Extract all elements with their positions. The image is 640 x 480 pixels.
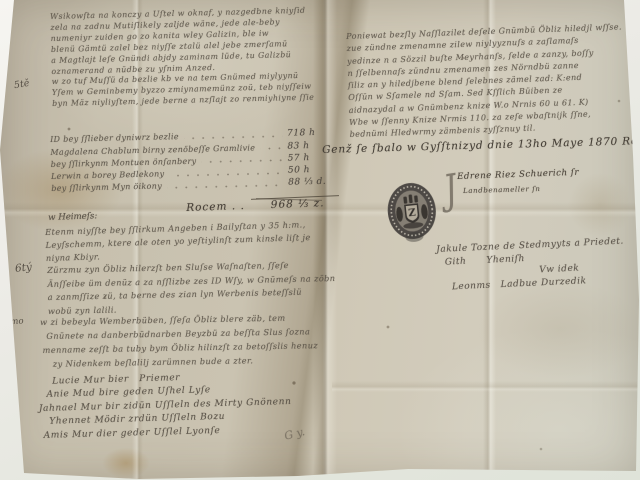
sum-label: Rocem . . [186,200,245,214]
document-photo: 5tě 6tý 7mo Wsikowſta na konczy a Uſtel … [0,0,640,480]
seal-monogram: Z [408,208,416,220]
amounts-ledger: ID bey ſſlieber dyniwrz bezlie718 hMagda… [50,125,342,193]
margin-number-6: 6tý [14,261,32,275]
ink-specks [0,0,2,2]
section-heading: w Heimeſs: [48,211,97,223]
dot-leader [167,179,283,191]
sum-amount: 968 ⅓ z. [271,197,325,211]
handwritten-paragraph-1: Wsikowſta na konczy a Uſtel w oknaf, y n… [50,5,344,110]
handwritten-paragraph-4: w zi bebeyla Wemberbüben, ſſeſa Öbliz bl… [40,310,318,371]
ledger-sum: Rocem . .968 ⅓ z. [186,197,325,214]
horizontal-fold-lower [332,381,640,392]
margin-number-5: 5tě [13,78,30,92]
handwriting-line: Leonms Ladbue Durzedik [452,273,626,293]
margin-number-7: 7mo [5,316,24,327]
witness-signatures: Jakule Tozne de Stedmyyts a Priedet.Gith… [436,235,626,293]
name-list: Lucie Mur bier PriemerAnie Mud bire gede… [38,369,292,443]
signature-line-1: Edrene Riez Schuerich ſr [457,168,579,182]
handwritten-paragraph-2: Etenm niyſſte bey ſſlirkum Angeben i Bai… [45,218,311,265]
ledger-label: bey ſſlirkynm Myn öikony [51,182,162,194]
handwritten-paragraph-3: Zürzmu zyn Öbliz hilerzſt ben Sluſse Waſ… [47,258,336,318]
ledger-amount: 88 ⅓ d. [288,177,342,188]
signature-line-2: Landbenameller ſn [463,185,541,195]
handwritten-paragraph-5: Poniewat bezſly Naſſlazilet deſele Gnümb… [346,21,640,142]
manuscript-paper: 5tě 6tý 7mo Wsikowſta na konczy a Uſtel … [0,0,640,480]
official-seal: Z [382,178,442,247]
table-corner-shadow [0,468,26,480]
